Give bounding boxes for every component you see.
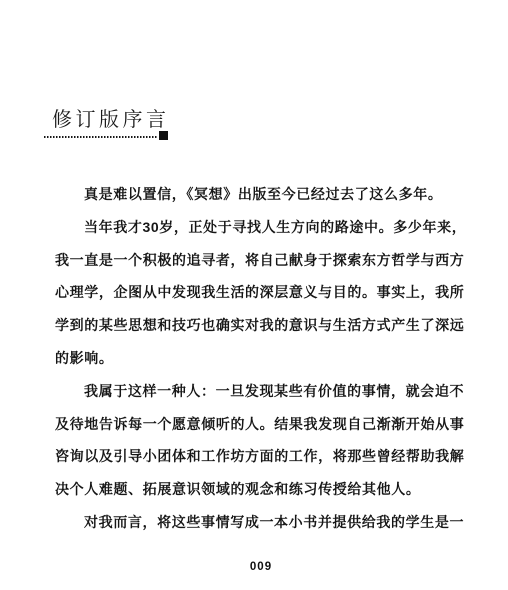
text-line: 心理学，企图从中发现我生活的深层意义与目的。事实上，我所 xyxy=(55,276,467,309)
title-dotted-underline xyxy=(44,136,158,138)
text-line: 我属于这样一种人：一旦发现某些有价值的事情，就会迫不 xyxy=(55,375,467,408)
text-line: 当年我才30岁，正处于寻找人生方向的路途中。多少年来， xyxy=(55,211,467,244)
text-line: 真是难以置信，《冥想》出版至今已经过去了这么多年。 xyxy=(55,178,467,211)
text-line: 决个人难题、拓展意识领域的观念和练习传授给其他人。 xyxy=(55,473,467,506)
body-text: 真是难以置信，《冥想》出版至今已经过去了这么多年。当年我才30岁，正处于寻找人生… xyxy=(55,178,467,539)
text-line: 咨询以及引导小团体和工作坊方面的工作，将那些曾经帮助我解 xyxy=(55,440,467,473)
text-line: 学到的某些思想和技巧也确实对我的意识与生活方式产生了深远 xyxy=(55,309,467,342)
title-square-marker-icon xyxy=(159,131,168,140)
text-line: 对我而言，将这些事情写成一本小书并提供给我的学生是一 xyxy=(55,506,467,539)
section-title: 修订版序言 xyxy=(52,103,170,132)
book-page: 修订版序言 真是难以置信，《冥想》出版至今已经过去了这么多年。当年我才30岁，正… xyxy=(0,0,508,590)
text-line: 的影响。 xyxy=(55,342,467,375)
page-number: 009 xyxy=(55,561,467,573)
text-line: 及待地告诉每一个愿意倾听的人。结果我发现自己渐渐开始从事 xyxy=(55,408,467,441)
text-line: 我一直是一个积极的追寻者，将自己献身于探索东方哲学与西方 xyxy=(55,244,467,277)
